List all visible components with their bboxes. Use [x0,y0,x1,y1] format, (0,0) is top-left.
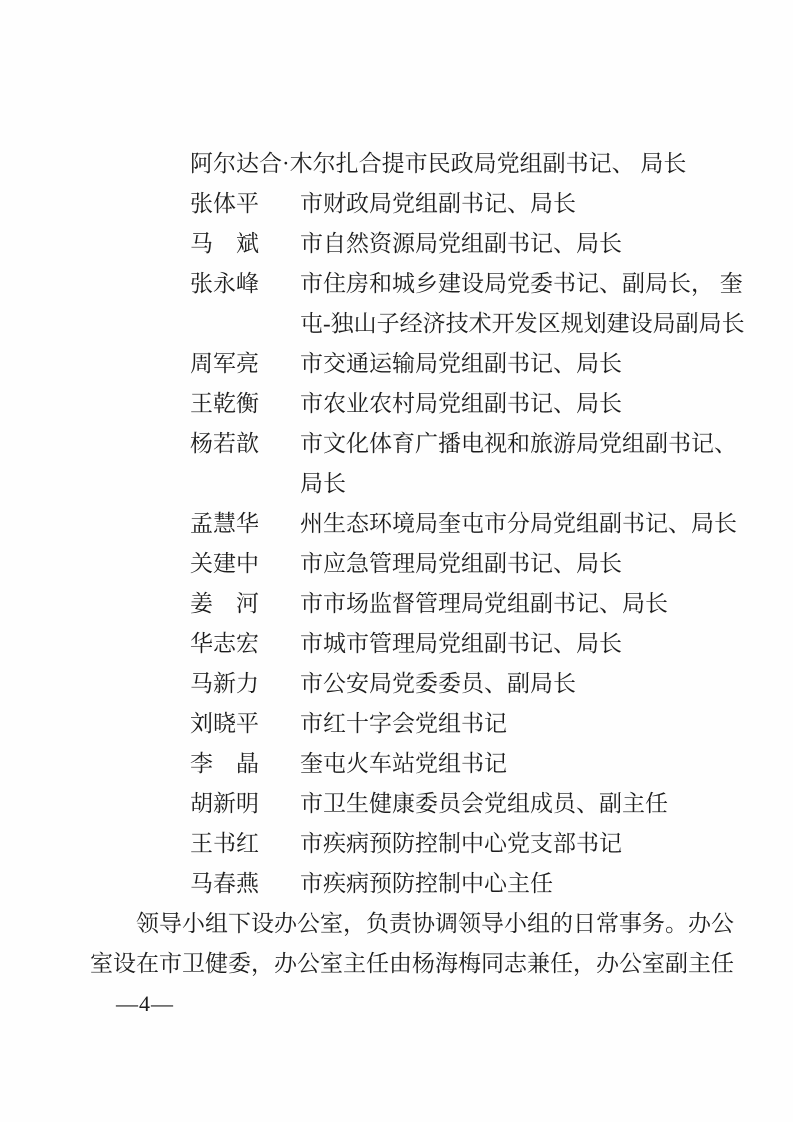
closing-paragraph: 领导小组下设办公室，负责协调领导小组的日常事务。办公 室设在市卫健委，办公室主任… [90,904,740,984]
appointment-list: 阿尔达合·木尔扎合提 市民政局党组副书记、 局长 张体平 市财政局党组副书记、局… [90,144,750,904]
person-name: 胡新明 [190,784,300,824]
person-position: 市城市管理局党组副书记、局长 [300,624,622,664]
person-name: 阿尔达合·木尔扎合提 [190,144,405,184]
person-position: 市自然资源局党组副书记、局长 [300,224,622,264]
appointment-row: 阿尔达合·木尔扎合提 市民政局党组副书记、 局长 [190,144,750,184]
appointment-row: 姜 河 市市场监督管理局党组副书记、局长 [190,584,750,624]
person-name: 李 晶 [190,744,300,784]
person-position: 市民政局党组副书记、 局长 [405,144,687,184]
person-name: 华志宏 [190,624,300,664]
person-name: 王乾衡 [190,384,300,424]
appointment-row: 周军亮 市交通运输局党组副书记、局长 [190,344,750,384]
appointment-row: 刘晓平 市红十字会党组书记 [190,704,750,744]
document-content: 阿尔达合·木尔扎合提 市民政局党组副书记、 局长 张体平 市财政局党组副书记、局… [90,144,750,1024]
person-position: 市交通运输局党组副书记、局长 [300,344,622,384]
person-name: 张永峰 [190,264,300,304]
appointment-row: 王乾衡 市农业农村局党组副书记、局长 [190,384,750,424]
appointment-row: 马 斌 市自然资源局党组副书记、局长 [190,224,750,264]
person-name: 刘晓平 [190,704,300,744]
appointment-row: 张永峰 市住房和城乡建设局党委书记、副局长， 奎 屯-独山子经济技术开发区规划建… [190,264,750,344]
person-name: 王书红 [190,824,300,864]
person-position: 市疾病预防控制中心主任 [300,864,553,904]
person-position: 市文化体育广播电视和旅游局党组副书记、 局长 [300,424,737,504]
person-position: 州生态环境局奎屯市分局党组副书记、局长 [300,504,737,544]
person-name: 杨若歆 [190,424,300,464]
appointment-row: 张体平 市财政局党组副书记、局长 [190,184,750,224]
document-page: 阿尔达合·木尔扎合提 市民政局党组副书记、 局长 张体平 市财政局党组副书记、局… [0,0,793,1122]
person-name: 关建中 [190,544,300,584]
person-position: 市红十字会党组书记 [300,704,507,744]
appointment-row: 杨若歆 市文化体育广播电视和旅游局党组副书记、 局长 [190,424,750,504]
person-position: 市农业农村局党组副书记、局长 [300,384,622,424]
appointment-row: 李 晶 奎屯火车站党组书记 [190,744,750,784]
person-name: 马 斌 [190,224,300,264]
person-name: 马新力 [190,664,300,704]
person-position: 市住房和城乡建设局党委书记、副局长， 奎 屯-独山子经济技术开发区规划建设局副局… [300,264,745,344]
person-position: 奎屯火车站党组书记 [300,744,507,784]
person-name: 孟慧华 [190,504,300,544]
person-position: 市疾病预防控制中心党支部书记 [300,824,622,864]
person-name: 张体平 [190,184,300,224]
appointment-row: 王书红 市疾病预防控制中心党支部书记 [190,824,750,864]
person-position: 市公安局党委委员、副局长 [300,664,576,704]
person-position: 市市场监督管理局党组副书记、局长 [300,584,668,624]
appointment-row: 华志宏 市城市管理局党组副书记、局长 [190,624,750,664]
appointment-row: 关建中 市应急管理局党组副书记、局长 [190,544,750,584]
appointment-row: 胡新明 市卫生健康委员会党组成员、副主任 [190,784,750,824]
person-name: 周军亮 [190,344,300,384]
appointment-row: 马春燕 市疾病预防控制中心主任 [190,864,750,904]
person-position: 市卫生健康委员会党组成员、副主任 [300,784,668,824]
page-number: —4— [116,984,750,1024]
appointment-row: 孟慧华 州生态环境局奎屯市分局党组副书记、局长 [190,504,750,544]
person-position: 市应急管理局党组副书记、局长 [300,544,622,584]
person-position: 市财政局党组副书记、局长 [300,184,576,224]
appointment-row: 马新力 市公安局党委委员、副局长 [190,664,750,704]
person-name: 马春燕 [190,864,300,904]
person-name: 姜 河 [190,584,300,624]
